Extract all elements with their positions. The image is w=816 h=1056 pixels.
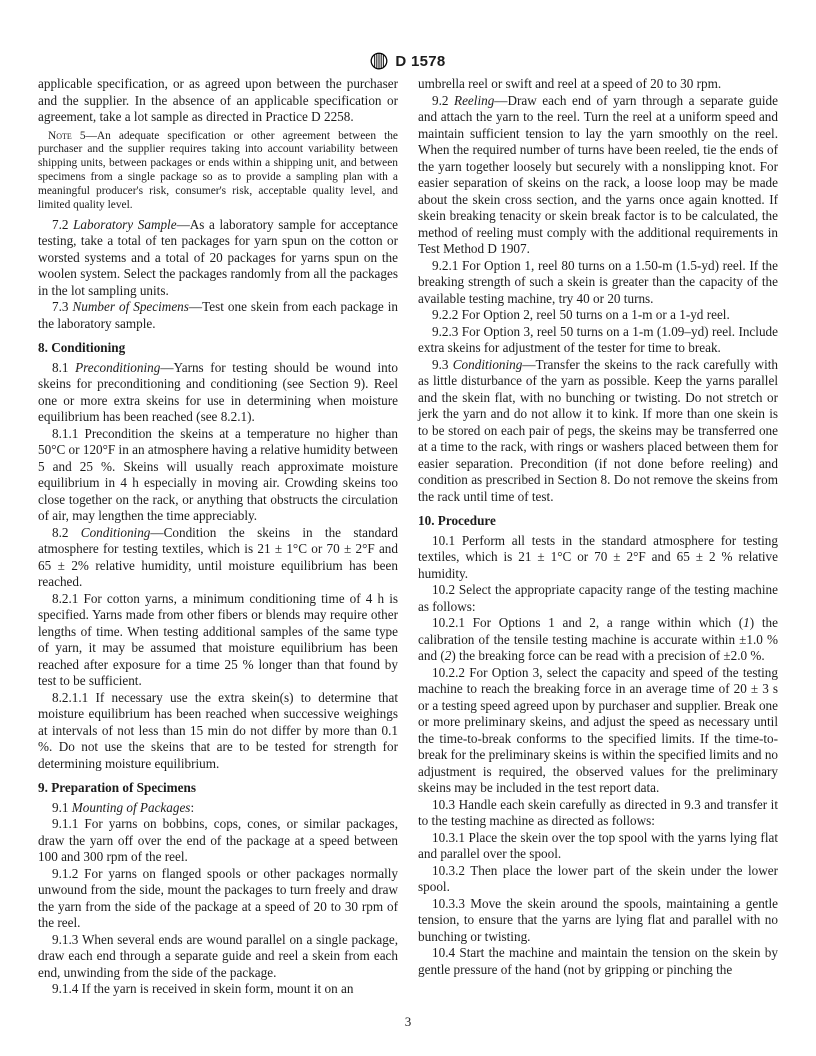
text-run: 9.2 — [432, 93, 454, 108]
paragraph: 9.1.1 For yarns on bobbins, cops, cones,… — [38, 816, 398, 866]
text-run: umbrella reel or swift and reel at a spe… — [418, 76, 721, 91]
text-run: 7.2 — [52, 217, 73, 232]
text-run: Laboratory Sample — [73, 217, 177, 232]
text-columns: applicable specification, or as agreed u… — [38, 76, 778, 998]
text-run: 9.2.3 For Option 3, reel 50 turns on a 1… — [418, 324, 778, 356]
text-run: : — [190, 800, 194, 815]
text-run: 8.2 — [52, 525, 81, 540]
paragraph: 10.3.2 Then place the lower part of the … — [418, 863, 778, 896]
text-run: 10.3.1 Place the skein over the top spoo… — [418, 830, 778, 862]
paragraph: 8.1.1 Precondition the skeins at a tempe… — [38, 426, 398, 525]
text-run: applicable specification, or as agreed u… — [38, 76, 398, 124]
paragraph: 8.2 Conditioning—Condition the skeins in… — [38, 525, 398, 591]
paragraph: 7.3 Number of Specimens—Test one skein f… — [38, 299, 398, 332]
paragraph: 9.2.3 For Option 3, reel 50 turns on a 1… — [418, 324, 778, 357]
paragraph: 9.1.4 If the yarn is received in skein f… — [38, 981, 398, 998]
text-run: 10.2 Select the appropriate capacity ran… — [418, 582, 778, 614]
paragraph: 9.1 Mounting of Packages: — [38, 800, 398, 817]
paragraph: 8.2.1 For cotton yarns, a minimum condit… — [38, 591, 398, 690]
paragraph: 9.3 Conditioning—Transfer the skeins to … — [418, 357, 778, 506]
section-heading: 9. Preparation of Specimens — [38, 780, 398, 797]
text-run: 10.3 Handle each skein carefully as dire… — [418, 797, 778, 829]
paragraph: umbrella reel or swift and reel at a spe… — [418, 76, 778, 93]
text-run: —Draw each end of yarn through a separat… — [418, 93, 778, 257]
left-column: applicable specification, or as agreed u… — [38, 76, 398, 998]
document-number: D 1578 — [395, 53, 445, 70]
text-run: Conditioning — [81, 525, 151, 540]
text-run: 8.1 — [52, 360, 75, 375]
text-run: 9.1.4 If the yarn is received in skein f… — [52, 981, 353, 996]
astm-logo-icon — [370, 52, 388, 70]
paragraph: 7.2 Laboratory Sample—As a laboratory sa… — [38, 217, 398, 300]
text-run: Reeling — [454, 93, 494, 108]
paragraph: 8.1 Preconditioning—Yarns for testing sh… — [38, 360, 398, 426]
paragraph: applicable specification, or as agreed u… — [38, 76, 398, 126]
text-run: 10.3.3 Move the skein around the spools,… — [418, 896, 778, 944]
text-run: 1 — [743, 615, 750, 630]
text-run: 9. Preparation of Specimens — [38, 780, 196, 795]
text-run: 10.1 Perform all tests in the standard a… — [418, 533, 778, 581]
paragraph: 10.1 Perform all tests in the standard a… — [418, 533, 778, 583]
note-paragraph: Note 5—An adequate specification or othe… — [38, 130, 398, 213]
paragraph: 9.1.3 When several ends are wound parall… — [38, 932, 398, 982]
text-run: 9.1 — [52, 800, 72, 815]
text-run: 10. Procedure — [418, 513, 496, 528]
paragraph: 10.4 Start the machine and maintain the … — [418, 945, 778, 978]
paragraph: 10.2 Select the appropriate capacity ran… — [418, 582, 778, 615]
text-run: 9.1.1 For yarns on bobbins, cops, cones,… — [38, 816, 398, 864]
text-run: 9.3 — [432, 357, 453, 372]
text-run: Conditioning — [453, 357, 523, 372]
paragraph: 10.2.2 For Option 3, select the capacity… — [418, 665, 778, 797]
text-run: 7.3 — [52, 299, 72, 314]
section-heading: 10. Procedure — [418, 513, 778, 530]
document-header: D 1578 — [0, 52, 816, 70]
paragraph: 10.2.1 For Options 1 and 2, a range with… — [418, 615, 778, 665]
paragraph: 9.2.2 For Option 2, reel 50 turns on a 1… — [418, 307, 778, 324]
page-footer: 3 — [0, 1014, 816, 1030]
section-heading: 8. Conditioning — [38, 340, 398, 357]
paragraph: 10.3 Handle each skein carefully as dire… — [418, 797, 778, 830]
text-run: 8.2.1.1 If necessary use the extra skein… — [38, 690, 398, 771]
text-run: 9.1.2 For yarns on flanged spools or oth… — [38, 866, 398, 931]
paragraph: 10.3.1 Place the skein over the top spoo… — [418, 830, 778, 863]
text-run: Number of Specimens — [72, 299, 188, 314]
text-run: Note — [48, 130, 72, 142]
text-run: 8.2.1 For cotton yarns, a minimum condit… — [38, 591, 398, 689]
text-run: 10.3.2 Then place the lower part of the … — [418, 863, 778, 895]
page-number: 3 — [405, 1014, 412, 1029]
paragraph: 10.3.3 Move the skein around the spools,… — [418, 896, 778, 946]
text-run: 9.2.2 For Option 2, reel 50 turns on a 1… — [432, 307, 730, 322]
text-run: 10.2.2 For Option 3, select the capacity… — [418, 665, 778, 796]
text-run: 8. Conditioning — [38, 340, 125, 355]
text-run: ) the breaking force can be read with a … — [451, 648, 764, 663]
text-run: 10.2.1 For Options 1 and 2, a range with… — [432, 615, 743, 630]
text-run: 9.1.3 When several ends are wound parall… — [38, 932, 398, 980]
text-run: 9.2.1 For Option 1, reel 80 turns on a 1… — [418, 258, 778, 306]
paragraph: 9.2 Reeling—Draw each end of yarn throug… — [418, 93, 778, 258]
text-run: Mounting of Packages — [72, 800, 191, 815]
text-run: —Transfer the skeins to the rack careful… — [418, 357, 778, 504]
document-page: D 1578 applicable specification, or as a… — [0, 0, 816, 1056]
right-column: umbrella reel or swift and reel at a spe… — [418, 76, 778, 998]
paragraph: 9.2.1 For Option 1, reel 80 turns on a 1… — [418, 258, 778, 308]
paragraph: 8.2.1.1 If necessary use the extra skein… — [38, 690, 398, 773]
paragraph: 9.1.2 For yarns on flanged spools or oth… — [38, 866, 398, 932]
text-run: 10.4 Start the machine and maintain the … — [418, 945, 778, 977]
text-run: 8.1.1 Precondition the skeins at a tempe… — [38, 426, 398, 524]
text-run: Preconditioning — [75, 360, 160, 375]
text-run: 5—An adequate specification or other agr… — [38, 130, 398, 212]
